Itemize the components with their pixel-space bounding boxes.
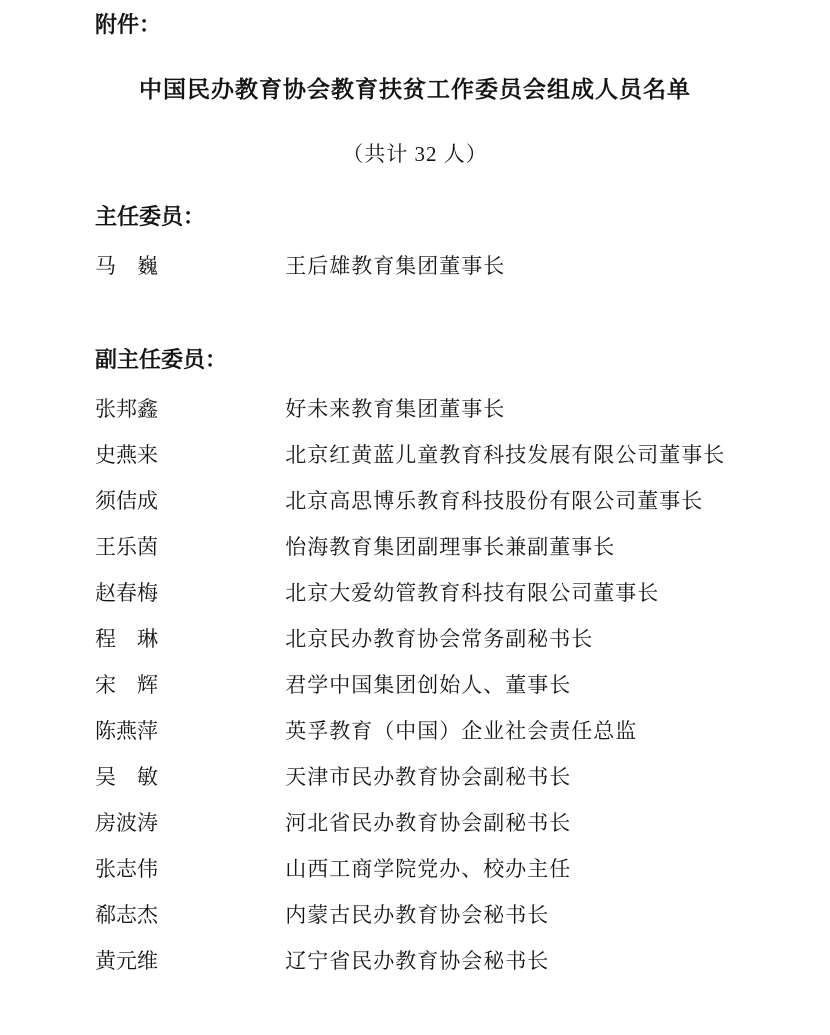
member-name: 黄元维 bbox=[95, 947, 280, 975]
member-row: 张志伟 山西工商学院党办、校办主任 bbox=[95, 855, 830, 883]
member-name: 须佶成 bbox=[95, 487, 280, 515]
member-row: 赵春梅 北京大爱幼管教育科技有限公司董事长 bbox=[95, 579, 830, 607]
member-title: 好未来教育集团董事长 bbox=[285, 395, 505, 423]
member-row: 张邦鑫 好未来教育集团董事长 bbox=[95, 395, 830, 423]
member-row: 陈燕萍 英孚教育（中国）企业社会责任总监 bbox=[95, 717, 830, 745]
member-count-note: （共计 32 人） bbox=[0, 140, 830, 168]
document-title: 中国民办教育协会教育扶贫工作委员会组成人员名单 bbox=[0, 75, 830, 103]
vice-chairman-section: 副主任委员： 张邦鑫 好未来教育集团董事长 史燕来 北京红黄蓝儿童教育科技发展有… bbox=[0, 346, 830, 975]
member-row: 郗志杰 内蒙古民办教育协会秘书长 bbox=[95, 901, 830, 929]
document-page: 附件： 中国民办教育协会教育扶贫工作委员会组成人员名单 （共计 32 人） 主任… bbox=[0, 0, 830, 1035]
member-name: 房波涛 bbox=[95, 809, 280, 837]
member-row: 黄元维 辽宁省民办教育协会秘书长 bbox=[95, 947, 830, 975]
member-row: 王乐茵 怡海教育集团副理事长兼副董事长 bbox=[95, 533, 830, 561]
member-row: 程 琳 北京民办教育协会常务副秘书长 bbox=[95, 625, 830, 653]
member-row: 吴 敏 天津市民办教育协会副秘书长 bbox=[95, 763, 830, 791]
member-name: 张志伟 bbox=[95, 855, 280, 883]
member-title: 北京红黄蓝儿童教育科技发展有限公司董事长 bbox=[285, 441, 725, 469]
member-name: 郗志杰 bbox=[95, 901, 280, 929]
member-title: 河北省民办教育协会副秘书长 bbox=[285, 809, 571, 837]
member-row: 史燕来 北京红黄蓝儿童教育科技发展有限公司董事长 bbox=[95, 441, 830, 469]
member-title: 山西工商学院党办、校办主任 bbox=[285, 855, 571, 883]
member-row: 马 巍 王后雄教育集团董事长 bbox=[95, 252, 830, 280]
member-name: 程 琳 bbox=[95, 625, 280, 653]
member-title: 怡海教育集团副理事长兼副董事长 bbox=[285, 533, 615, 561]
member-title: 北京高思博乐教育科技股份有限公司董事长 bbox=[285, 487, 703, 515]
member-title: 辽宁省民办教育协会秘书长 bbox=[285, 947, 549, 975]
member-name: 马 巍 bbox=[95, 252, 280, 280]
member-title: 内蒙古民办教育协会秘书长 bbox=[285, 901, 549, 929]
member-name: 王乐茵 bbox=[95, 533, 280, 561]
section-heading-chairman: 主任委员： bbox=[95, 203, 830, 231]
member-title: 天津市民办教育协会副秘书长 bbox=[285, 763, 571, 791]
attachment-label: 附件： bbox=[95, 12, 830, 38]
member-name: 吴 敏 bbox=[95, 763, 280, 791]
member-name: 张邦鑫 bbox=[95, 395, 280, 423]
member-title: 英孚教育（中国）企业社会责任总监 bbox=[285, 717, 637, 745]
member-name: 史燕来 bbox=[95, 441, 280, 469]
section-heading-vice-chairman: 副主任委员： bbox=[95, 346, 830, 374]
member-title: 北京大爱幼管教育科技有限公司董事长 bbox=[285, 579, 659, 607]
member-title: 王后雄教育集团董事长 bbox=[285, 252, 505, 280]
member-name: 陈燕萍 bbox=[95, 717, 280, 745]
member-name: 宋 辉 bbox=[95, 671, 280, 699]
member-title: 君学中国集团创始人、董事长 bbox=[285, 671, 571, 699]
member-name: 赵春梅 bbox=[95, 579, 280, 607]
member-row: 房波涛 河北省民办教育协会副秘书长 bbox=[95, 809, 830, 837]
member-row: 宋 辉 君学中国集团创始人、董事长 bbox=[95, 671, 830, 699]
chairman-section: 主任委员： 马 巍 王后雄教育集团董事长 bbox=[0, 203, 830, 280]
member-row: 须佶成 北京高思博乐教育科技股份有限公司董事长 bbox=[95, 487, 830, 515]
member-title: 北京民办教育协会常务副秘书长 bbox=[285, 625, 593, 653]
